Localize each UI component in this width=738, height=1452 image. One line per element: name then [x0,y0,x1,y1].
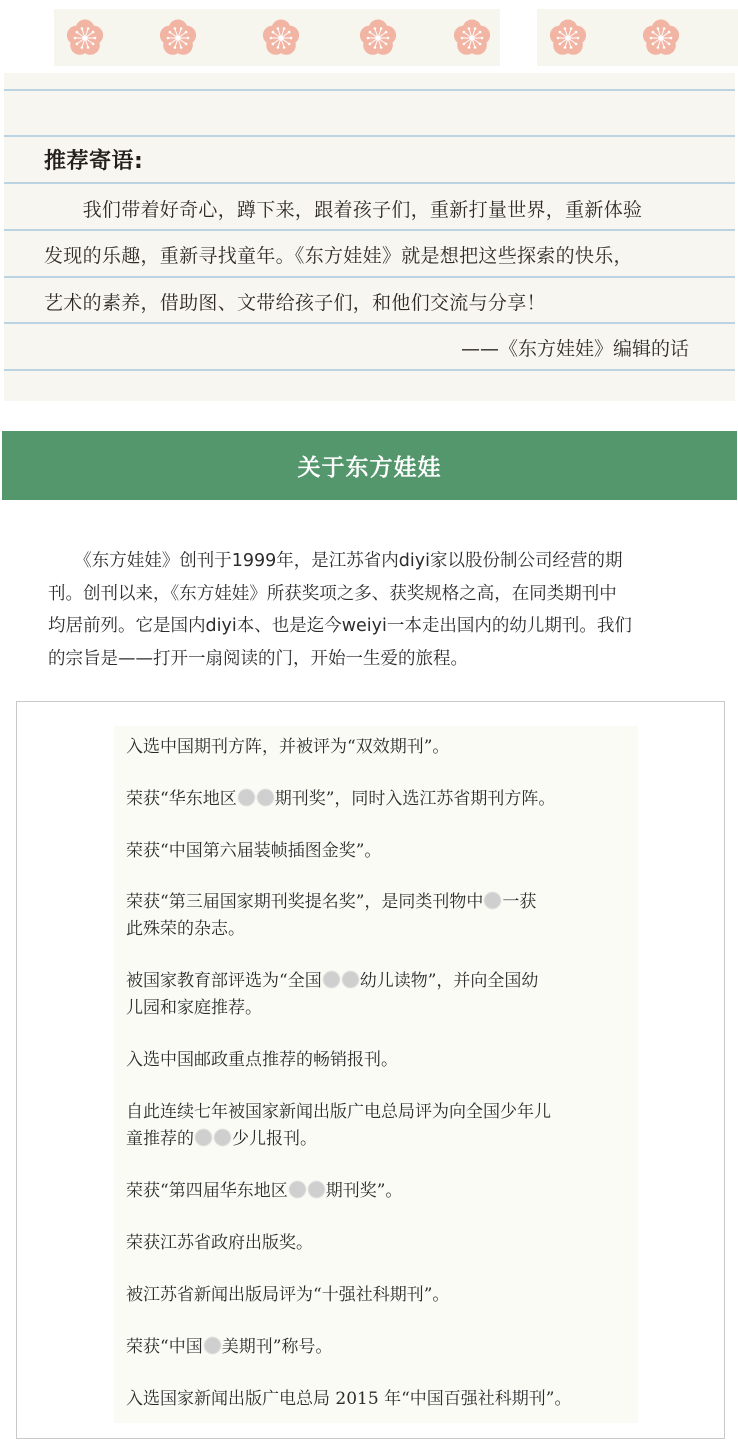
award-text: 被国家教育部评选为“全国 [126,971,322,991]
award-item: 荣获江苏省政府出版奖。 [126,1230,313,1256]
award-text: 幼儿读物”，并向全国幼 [360,971,539,991]
about-section-banner: 关于东方娃娃 [2,431,737,500]
award-text: 入选中国期刊方阵，并被评为“双效期刊”。 [126,737,449,757]
award-text: 入选中国邮政重点推荐的畅销报刊。 [126,1050,398,1070]
plum-blossom-icon [642,19,680,57]
award-text: 被江苏省新闻出版局评为“十强社科期刊”。 [126,1285,449,1305]
plum-blossom-icon [549,19,587,57]
rule-line [4,276,735,278]
award-text: 荣获“中国 [126,1337,203,1357]
plum-blossom-icon [453,19,491,57]
award-text: 入选国家新闻出版广电总局 2015 年“中国百强社科期刊”。 [126,1389,571,1409]
award-text: 自此连续七年被国家新闻出版广电总局评为向全国少年儿 [126,1102,551,1122]
plum-blossom-icon [159,19,197,57]
rule-line [4,322,735,324]
award-text: 荣获江苏省政府出版奖。 [126,1233,313,1253]
recommendation-heading: 推荐寄语: [44,144,143,175]
award-item: 荣获“第四届华东地区期刊奖”。 [126,1178,402,1204]
award-item: 童推荐的少儿报刊。 [126,1126,317,1152]
award-item: 被江苏省新闻出版局评为“十强社科期刊”。 [126,1282,449,1308]
about-line: 均居前列。它是国内diyi本、也是迄今weiyi一本走出国内的幼儿期刊。我们 [48,610,698,643]
award-text: 荣获“第四届华东地区 [126,1181,288,1201]
about-line: 刊。创刊以来，《东方娃娃》所获奖项之多、获奖规格之高，在同类期刊中 [48,578,698,611]
award-text: 一获 [502,892,536,912]
award-text: 童推荐的 [126,1129,194,1149]
rule-line [4,229,735,231]
plum-blossom-icon [359,19,397,57]
recommendation-signature: ——《东方娃娃》编辑的话 [461,334,689,361]
award-item: 入选国家新闻出版广电总局 2015 年“中国百强社科期刊”。 [126,1386,571,1412]
award-item: 入选中国期刊方阵，并被评为“双效期刊”。 [126,734,449,760]
award-item: 荣获“华东地区期刊奖”，同时入选江苏省期刊方阵。 [126,786,555,812]
award-item: 荣获“中国第六届装帧插图金奖”。 [126,838,381,864]
award-item: 荣获“第三届国家期刊奖提名奖”，是同类刊物中一获 [126,889,536,915]
redacted-blur [257,789,274,806]
about-line: 的宗旨是——打开一扇阅读的门，开始一生爱的旅程。 [48,643,698,676]
flower-banner-right [537,9,738,66]
award-item: 被国家教育部评选为“全国幼儿读物”，并向全国幼 [126,968,538,994]
rule-line [4,182,735,184]
award-item: 自此连续七年被国家新闻出版广电总局评为向全国少年儿 [126,1099,551,1125]
recommendation-box: 推荐寄语: 我们带着好奇心，蹲下来，跟着孩子们，重新打量世界，重新体验 发现的乐… [4,73,735,401]
recommendation-line: 我们带着好奇心，蹲下来，跟着孩子们，重新打量世界，重新体验 [44,195,642,222]
about-line: 《东方娃娃》创刊于1999年，是江苏省内diyi家以股份制公司经营的期 [48,545,698,578]
rule-line [4,89,735,91]
award-text: 儿园和家庭推荐。 [126,998,262,1018]
award-text: 美期刊”称号。 [222,1337,333,1357]
award-item: 荣获“中国美期刊”称号。 [126,1334,332,1360]
redacted-blur [484,892,501,909]
flower-banner-left [54,9,500,66]
about-section-title: 关于东方娃娃 [298,449,442,482]
award-item: 儿园和家庭推荐。 [126,995,262,1021]
redacted-blur [308,1181,325,1198]
recommendation-line: 艺术的素养，借助图、文带给孩子们，和他们交流与分享！ [44,288,546,315]
award-text: 此殊荣的杂志。 [126,919,245,939]
redacted-blur [195,1129,212,1146]
award-text: 期刊奖”，同时入选江苏省期刊方阵。 [275,789,556,809]
redacted-blur [204,1337,221,1354]
award-text: 荣获“第三届国家期刊奖提名奖”，是同类刊物中 [126,892,483,912]
awards-list: 入选中国期刊方阵，并被评为“双效期刊”。荣获“华东地区期刊奖”，同时入选江苏省期… [114,726,638,1423]
recommendation-line: 发现的乐趣，重新寻找童年。《东方娃娃》就是想把这些探索的快乐， [44,241,633,268]
award-text: 荣获“华东地区 [126,789,237,809]
redacted-blur [289,1181,306,1198]
award-text: 少儿报刊。 [232,1129,317,1149]
award-item: 入选中国邮政重点推荐的畅销报刊。 [126,1047,398,1073]
awards-frame: 入选中国期刊方阵，并被评为“双效期刊”。荣获“华东地区期刊奖”，同时入选江苏省期… [16,701,725,1439]
redacted-blur [238,789,255,806]
award-text: 荣获“中国第六届装帧插图金奖”。 [126,841,381,861]
plum-blossom-icon [262,19,300,57]
plum-blossom-icon [66,19,104,57]
about-paragraph: 《东方娃娃》创刊于1999年，是江苏省内diyi家以股份制公司经营的期 刊。创刊… [48,545,698,675]
redacted-blur [342,971,359,988]
award-item: 此殊荣的杂志。 [126,916,245,942]
redacted-blur [214,1129,231,1146]
rule-line [4,135,735,137]
rule-line [4,369,735,371]
award-text: 期刊奖”。 [326,1181,403,1201]
redacted-blur [323,971,340,988]
